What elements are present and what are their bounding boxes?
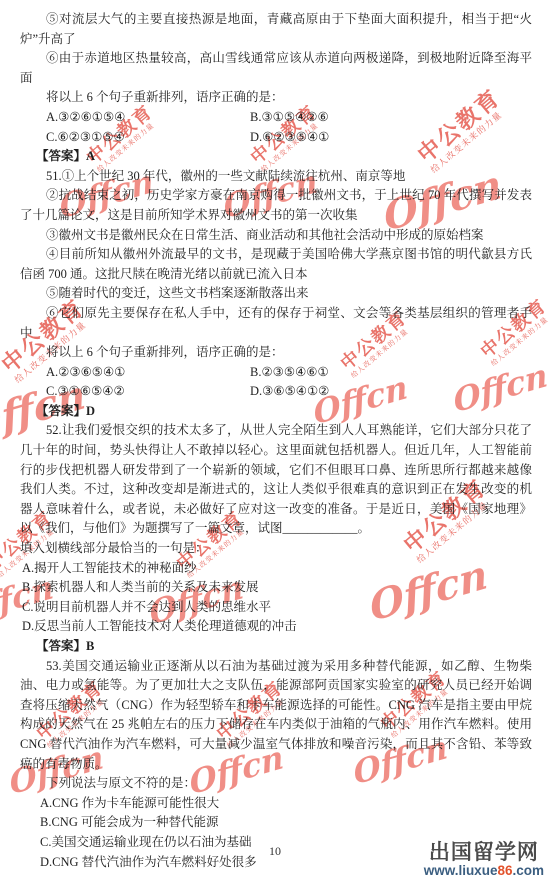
question-51-sentence: ④目前所知从徽州外流最早的文书，是现藏于美国哈佛大学燕京图书馆的明代歙县方氏信函… (20, 245, 532, 284)
option-a: A.③②⑥①⑤④ (46, 108, 250, 128)
answer-value: A (86, 149, 95, 163)
question-52-passage: 52.让我们爱恨交织的技术太多了，从世人完全陌生到人人耳熟能详，它们大部分只花了… (20, 421, 532, 539)
option-d: D.③⑥⑤④①② (250, 382, 532, 402)
option-d: D.⑥②③⑤④① (250, 128, 532, 148)
answer-line: 【答案】A (20, 147, 532, 167)
question-sentence: ⑤对流层大气的主要直接热源是地面，青藏高原由于下垫面大面积提升，相当于把“火炉”… (20, 10, 532, 49)
liuxue86-logo: 出国留学网 www.liuxue86.com (424, 842, 544, 878)
question-51-sentence: ⑥它们原先主要保存在私人手中，还有的保存于祠堂、文会等各类基层组织的管理者手中 (20, 304, 532, 343)
option-b: B.CNG 可能会成为一种替代能源 (20, 813, 532, 833)
question-sentence: ⑥由于赤道地区热量较高，高山雪线通常应该从赤道向两极递降，到极地附近降至海平面 (20, 49, 532, 88)
answer-line: 【答案】B (20, 637, 532, 657)
option-c: C.说明目前机器人并不会达到人类的思维水平 (20, 598, 532, 618)
answer-value: B (86, 639, 94, 653)
options-row: A.②③⑥⑤④① B.②③⑤④⑥① (20, 363, 532, 383)
option-a: A.揭开人工智能技术的神秘面纱 (20, 559, 532, 579)
question-53-passage: 53.美国交通运输业正逐渐从以石油为基础过渡为采用多种替代能源，如乙醇、生物柴油… (20, 657, 532, 775)
document-body: ⑤对流层大气的主要直接热源是地面，青藏高原由于下垫面大面积提升，相当于把“火炉”… (20, 10, 532, 872)
option-b: B.探索机器人和人类当前的关系及未来发展 (20, 578, 532, 598)
options-row: C.⑥②③①⑤④ D.⑥②③⑤④① (20, 128, 532, 148)
site-url: www.liuxue86.com (424, 864, 544, 878)
options-row: A.③②⑥①⑤④ B.③①⑤④②⑥ (20, 108, 532, 128)
option-a: A.②③⑥⑤④① (46, 363, 250, 383)
exam-page: Offcn 中公教育给人改变未来的力量 Offcn 中公教育给人改变未来的力量 … (0, 0, 550, 885)
question-51-sentence: ③徽州文书是徽州民众在日常生活、商业活动和其他社会活动中形成的原始档案 (20, 226, 532, 246)
option-a: A.CNG 作为卡车能源可能性很大 (20, 794, 532, 814)
question-51-sentence: ②抗战结束之初，历史学家方豪在南京购得一批徽州文书，于上世纪 70 年代撰写并发… (20, 186, 532, 225)
option-b: B.②③⑤④⑥① (250, 363, 532, 383)
question-stem: 填入划横线部分最恰当的一句是： (20, 539, 532, 559)
site-url-highlight: 86 (497, 863, 512, 878)
option-c: C.⑥②③①⑤④ (46, 128, 250, 148)
question-stem: 下列说法与原文不符的是： (20, 774, 532, 794)
options-row: C.③①⑥⑤④② D.③⑥⑤④①② (20, 382, 532, 402)
question-stem: 将以上 6 个句子重新排列，语序正确的是： (20, 343, 532, 363)
option-c: C.③①⑥⑤④② (46, 382, 250, 402)
answer-label: 【答案】 (36, 639, 86, 653)
answer-value: D (86, 404, 95, 418)
question-51-sentence: ⑤随着时代的变迁，这些文书档案逐渐散落出来 (20, 284, 532, 304)
answer-label: 【答案】 (36, 404, 86, 418)
answer-line: 【答案】D (20, 402, 532, 422)
question-51-sentence: 51.①上个世纪 30 年代，徽州的一些文献陆续流往杭州、南京等地 (20, 167, 532, 187)
option-b: B.③①⑤④②⑥ (250, 108, 532, 128)
site-name: 出国留学网 (424, 842, 544, 864)
answer-label: 【答案】 (36, 149, 86, 163)
question-stem: 将以上 6 个句子重新排列，语序正确的是： (20, 88, 532, 108)
option-d: D.反思当前人工智能技术对人类伦理道德观的冲击 (20, 617, 532, 637)
